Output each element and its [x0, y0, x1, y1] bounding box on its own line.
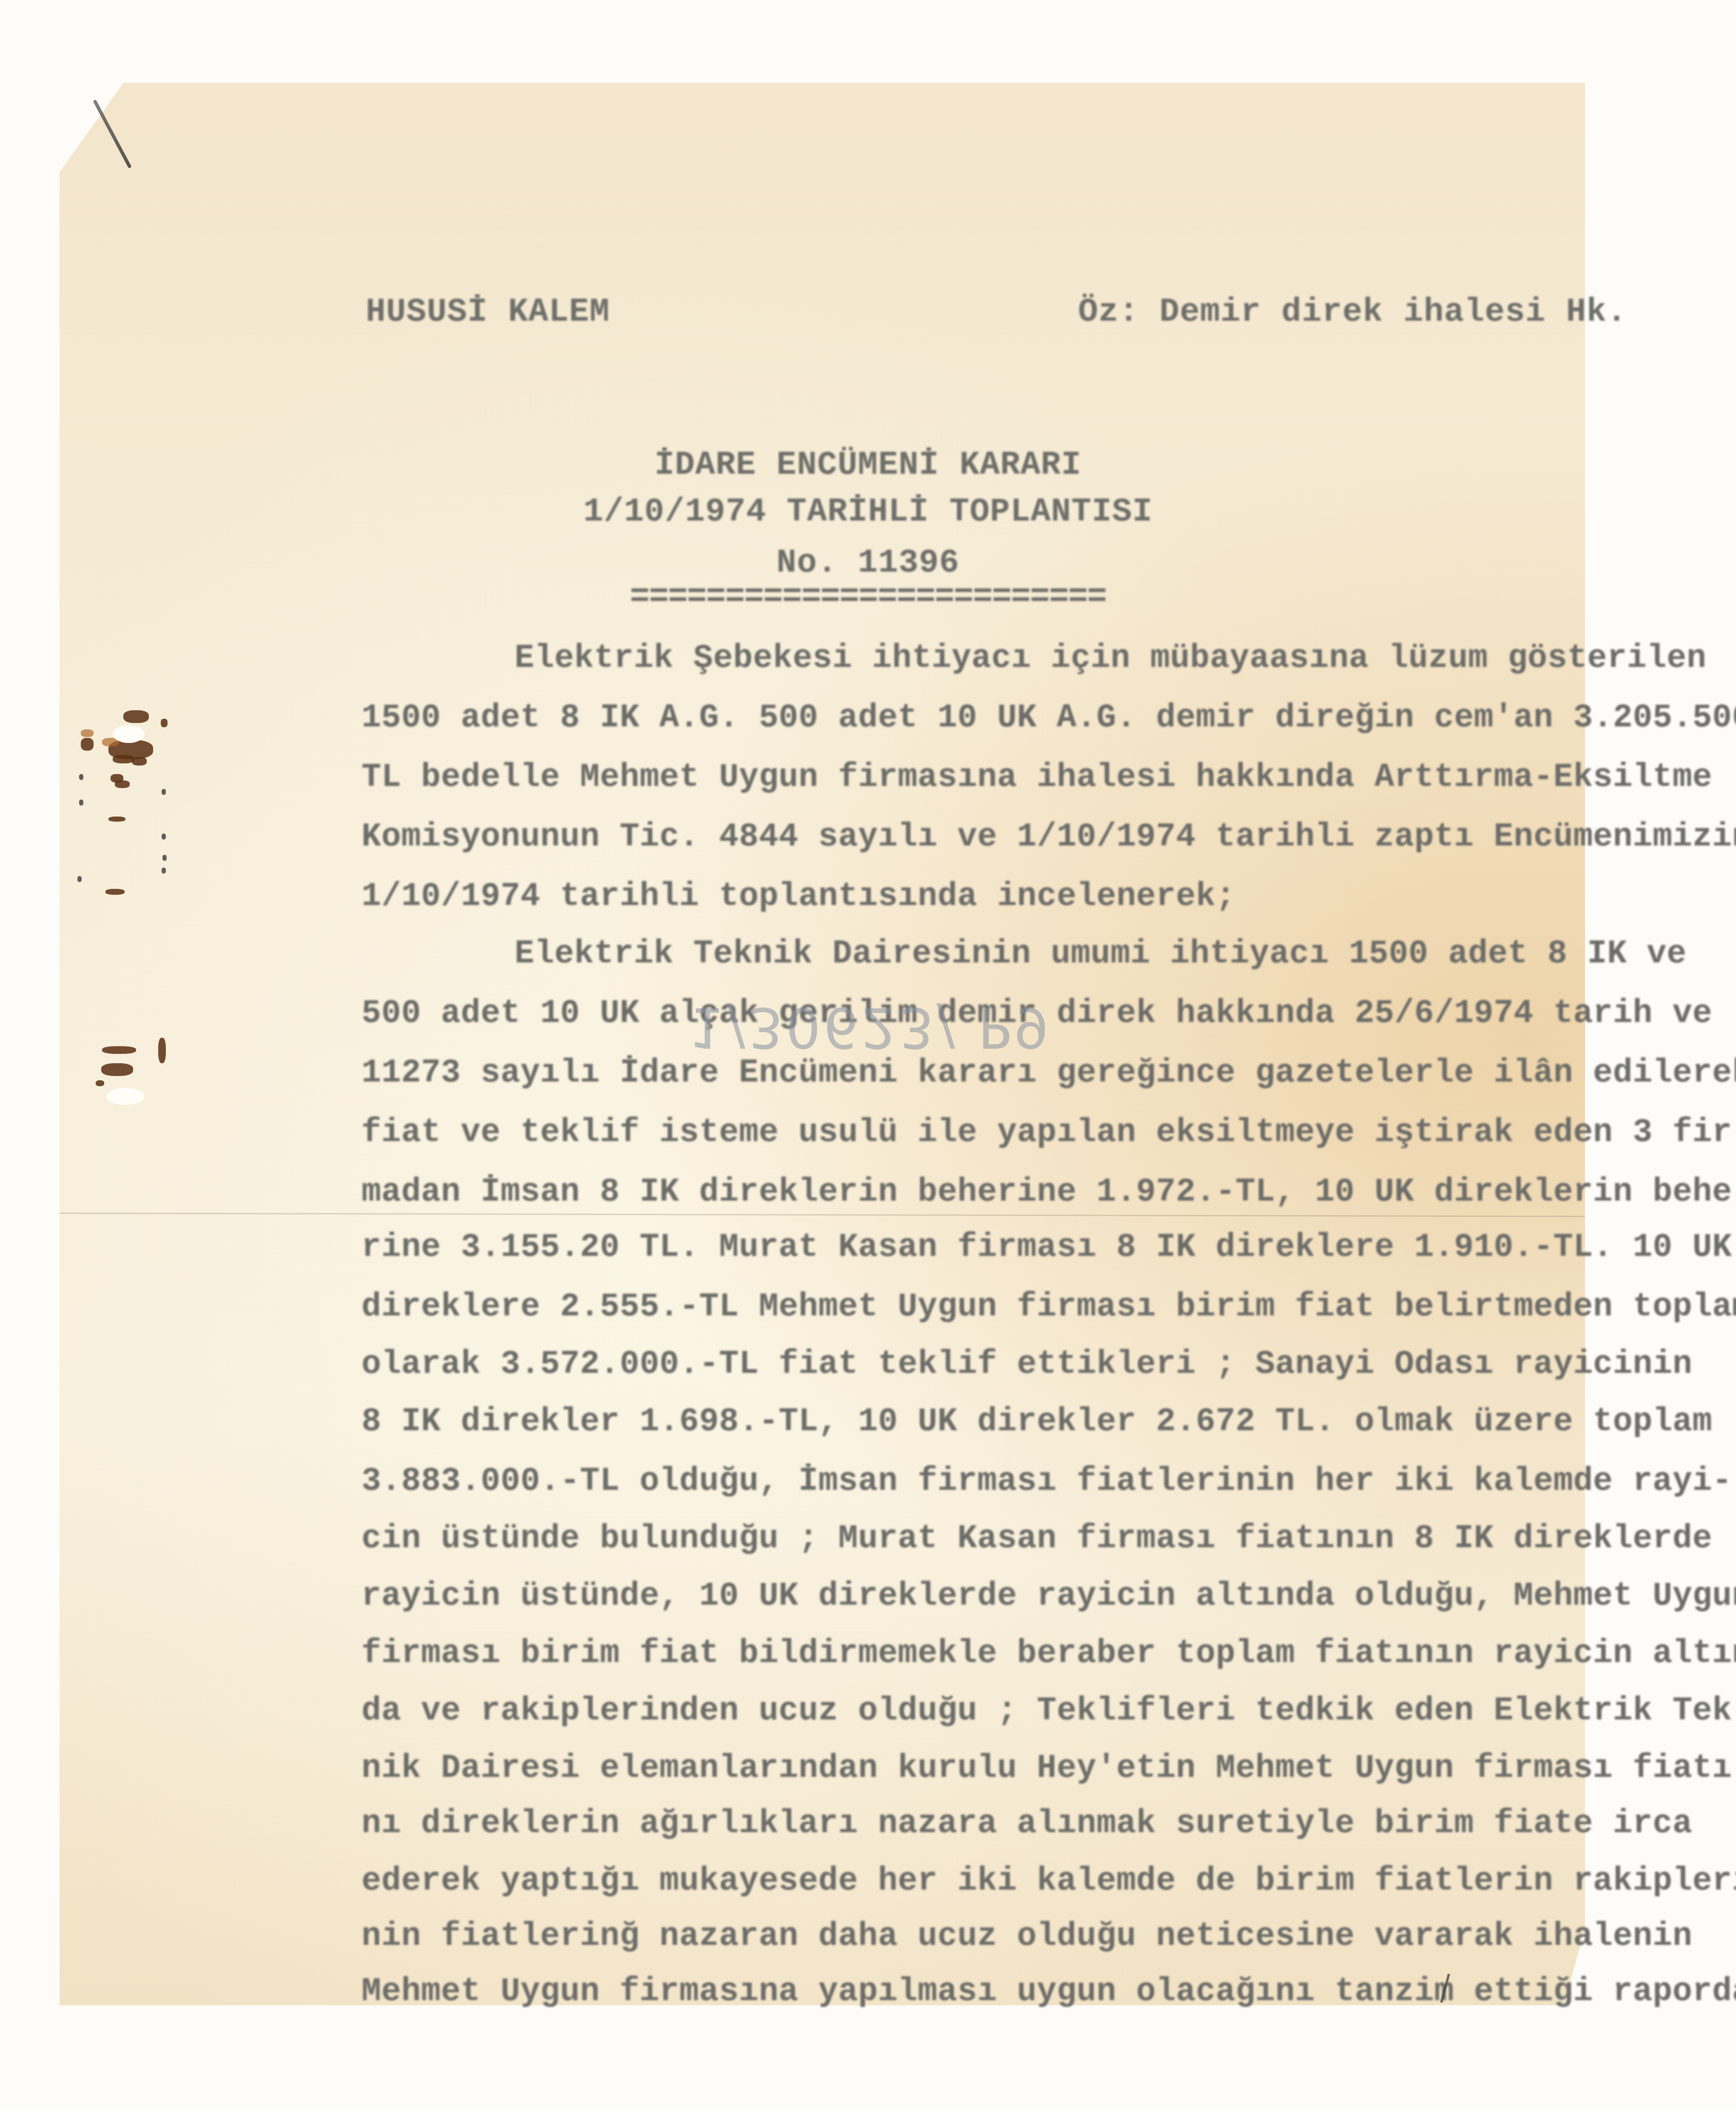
paragraph2-line: ederek yaptığı mukayesede her iki kalemd…	[361, 1863, 1736, 1900]
paragraph1-line: 1500 adet 8 IK A.G. 500 adet 10 UK A.G. …	[361, 700, 1736, 737]
paragraph2-line: madan İmsan 8 IK direklerin beherine 1.9…	[361, 1174, 1736, 1211]
meeting-date-title: 1/10/1974 TARİHLİ TOPLANTISI	[0, 493, 1736, 531]
paragraph2-line: rayicin üstünde, 10 UK direklerde rayici…	[361, 1578, 1736, 1615]
paragraph2-line: firması birim fiat bildirmemekle beraber…	[361, 1635, 1736, 1672]
fold-line	[60, 1212, 1585, 1217]
paragraph2-line: Mehmet Uygun firmasına yapılması uygun o…	[361, 1973, 1736, 2010]
paragraph2-line: fiat ve teklif isteme usulü ile yapılan …	[361, 1114, 1736, 1151]
header-subject: Öz: Demir direk ihalesi Hk.	[1078, 293, 1627, 331]
paragraph2-line: olarak 3.572.000.-TL fiat teklif ettikle…	[361, 1346, 1692, 1383]
pencil-archive-annotation: 1/30623/ P9	[689, 995, 1051, 1060]
paragraph2-line: nin fiatlerinğ nazaran daha ucuz olduğu …	[361, 1918, 1692, 1955]
paragraph2-line: 8 IK direkler 1.698.-TL, 10 UK direkler …	[361, 1403, 1712, 1440]
paragraph2-line: nı direklerin ağırlıkları nazara alınmak…	[361, 1805, 1692, 1842]
paragraph1-line: Elektrik Şebekesi ihtiyacı için mübayaas…	[515, 640, 1706, 677]
paragraph2-line: 11273 sayılı İdare Encümeni kararı gereğ…	[361, 1055, 1736, 1092]
paragraph2-line: nik Dairesi elemanlarından kurulu Hey'et…	[361, 1750, 1736, 1787]
paragraph1-line: Komisyonunun Tic. 4844 sayılı ve 1/10/19…	[361, 819, 1736, 856]
title-separator: =========================	[0, 578, 1736, 616]
paragraph2-line: da ve rakiplerinden ucuz olduğu ; Teklif…	[361, 1693, 1736, 1730]
paragraph2-line: direklere 2.555.-TL Mehmet Uygun firması…	[361, 1289, 1736, 1326]
decision-number: No. 11396	[0, 544, 1736, 582]
paragraph1-line: TL bedelle Mehmet Uygun firmasına ihales…	[361, 759, 1712, 796]
paragraph2-line: Elektrik Teknik Dairesinin umumi ihtiyac…	[515, 936, 1687, 973]
header-department: HUSUSİ KALEM	[366, 293, 610, 331]
paragraph2-line: rine 3.155.20 TL. Murat Kasan firması 8 …	[361, 1229, 1732, 1266]
paragraph1-line: 1/10/1974 tarihli toplantısında incelene…	[361, 878, 1235, 915]
decision-title: İDARE ENCÜMENİ KARARI	[0, 447, 1736, 484]
paragraph2-line: cin üstünde bulunduğu ; Murat Kasan firm…	[361, 1520, 1712, 1557]
paragraph2-line: 3.883.000.-TL olduğu, İmsan firması fiat…	[361, 1463, 1732, 1500]
